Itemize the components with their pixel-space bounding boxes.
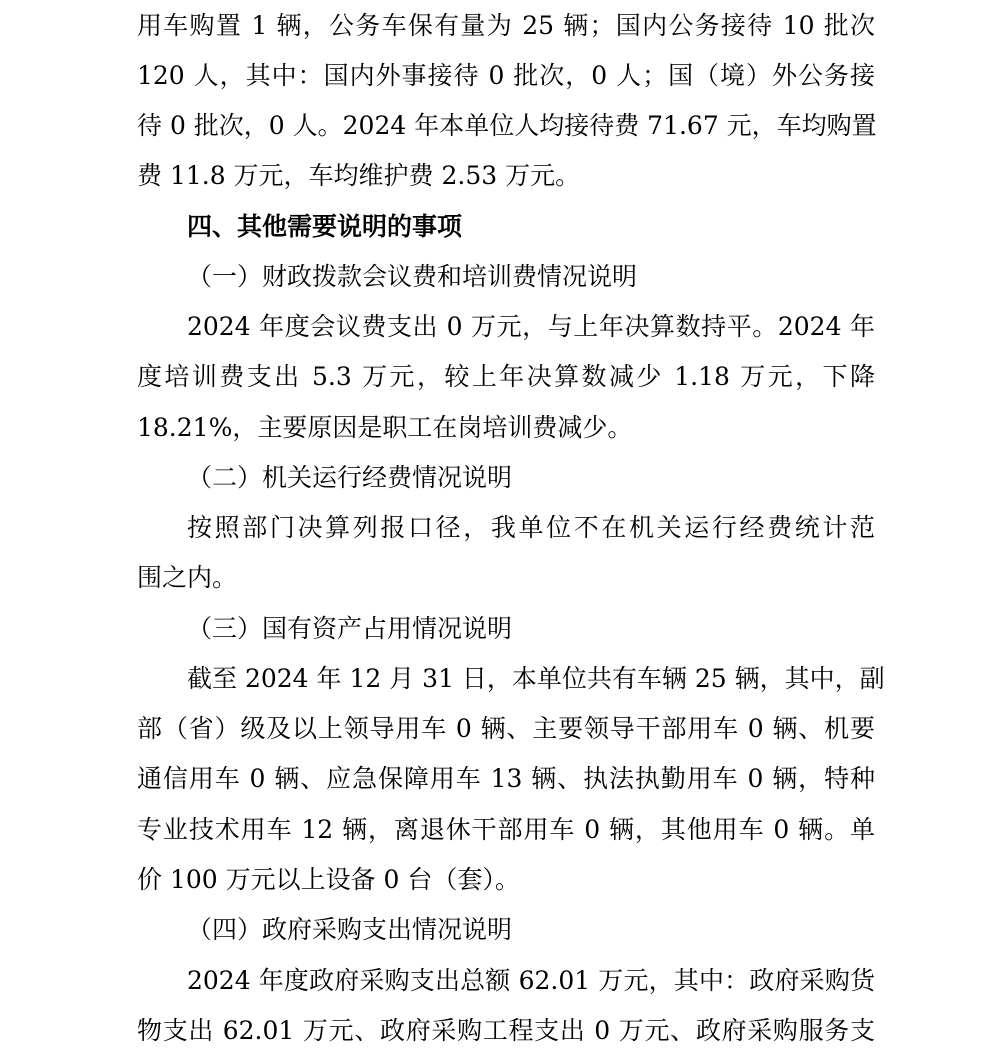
section-heading: 四、其他需要说明的事项: [187, 207, 462, 247]
paragraph-line: 用车购置 1 辆，公务车保有量为 25 辆；国内公务接待 10 批次: [137, 6, 875, 46]
subsection-heading-2: （二）机关运行经费情况说明: [187, 458, 512, 498]
paragraph-line: 按照部门决算列报口径，我单位不在机关运行经费统计范: [187, 508, 875, 548]
paragraph-line: 截至 2024 年 12 月 31 日，本单位共有车辆 25 辆，其中，副: [187, 659, 875, 699]
paragraph-line: 度培训费支出 5.3 万元，较上年决算数减少 1.18 万元，下降: [137, 357, 875, 397]
document-page: 用车购置 1 辆，公务车保有量为 25 辆；国内公务接待 10 批次 120 人…: [0, 0, 1000, 1059]
subsection-heading-1: （一）财政拨款会议费和培训费情况说明: [187, 257, 637, 297]
paragraph-line: 费 11.8 万元，车均维护费 2.53 万元。: [137, 156, 875, 196]
subsection-heading-3: （三）国有资产占用情况说明: [187, 609, 512, 649]
paragraph-line: 通信用车 0 辆、应急保障用车 13 辆、执法执勤用车 0 辆，特种: [137, 759, 875, 799]
paragraph-line: 物支出 62.01 万元、政府采购工程支出 0 万元、政府采购服务支: [137, 1011, 875, 1051]
paragraph-line: 围之内。: [137, 558, 875, 598]
subsection-heading-4: （四）政府采购支出情况说明: [187, 910, 512, 950]
paragraph-line: 部（省）级及以上领导用车 0 辆、主要领导干部用车 0 辆、机要: [137, 709, 875, 749]
paragraph-line: 价 100 万元以上设备 0 台（套）。: [137, 860, 875, 900]
paragraph-line: 2024 年度会议费支出 0 万元，与上年决算数持平。2024 年: [187, 307, 875, 347]
paragraph-line: 18.21%，主要原因是职工在岗培训费减少。: [137, 408, 875, 448]
paragraph-line: 120 人，其中：国内外事接待 0 批次，0 人；国（境）外公务接: [137, 56, 875, 96]
paragraph-line: 待 0 批次，0 人。2024 年本单位人均接待费 71.67 元，车均购置: [137, 106, 875, 146]
paragraph-line: 2024 年度政府采购支出总额 62.01 万元，其中：政府采购货: [187, 961, 875, 1001]
paragraph-line: 专业技术用车 12 辆，离退休干部用车 0 辆，其他用车 0 辆。单: [137, 810, 875, 850]
